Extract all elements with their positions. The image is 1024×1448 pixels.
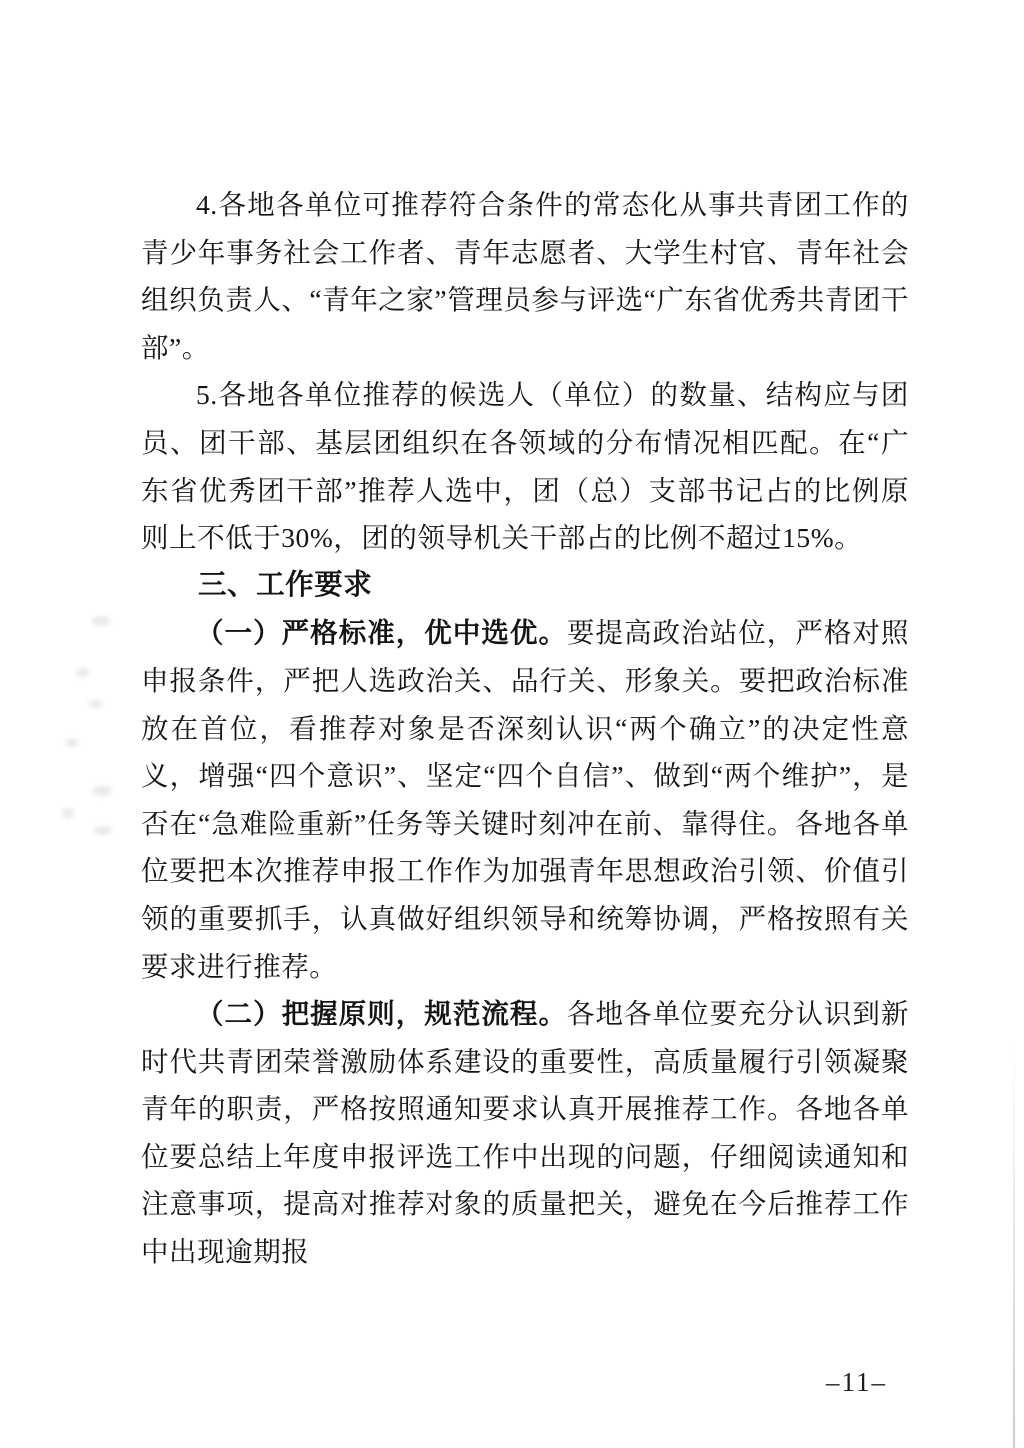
scan-edge-artifact bbox=[1013, 1040, 1015, 1448]
scan-smudge bbox=[92, 786, 112, 796]
paragraph-item-4: 4.各地各单位可推荐符合条件的常态化从事共青团工作的青少年事务社会工作者、青年志… bbox=[141, 181, 909, 371]
scan-smudge bbox=[66, 738, 78, 747]
section-heading-work-requirements: 三、工作要求 bbox=[141, 562, 909, 610]
paragraph-section-1: （一）严格标准，优中选优。要提高政治站位，严格对照申报条件，严把人选政治关、品行… bbox=[141, 609, 909, 990]
scan-smudge bbox=[76, 668, 89, 677]
scan-smudge bbox=[88, 700, 103, 708]
scan-smudge bbox=[92, 616, 110, 626]
document-body: 4.各地各单位可推荐符合条件的常态化从事共青团工作的青少年事务社会工作者、青年志… bbox=[141, 181, 909, 1276]
page-number: –11– bbox=[826, 1367, 887, 1398]
document-page: 4.各地各单位可推荐符合条件的常态化从事共青团工作的青少年事务社会工作者、青年志… bbox=[0, 0, 1024, 1448]
paragraph-section-2-text: 各地各单位要充分认识到新时代共青团荣誉激励体系建设的重要性，高质量履行引领凝聚青… bbox=[141, 998, 909, 1267]
paragraph-section-1-text: 要提高政治站位，严格对照申报条件，严把人选政治关、品行关、形象关。要把政治标准放… bbox=[141, 617, 909, 981]
paragraph-item-5: 5.各地各单位推荐的候选人（单位）的数量、结构应与团员、团干部、基层团组织在各领… bbox=[141, 371, 909, 561]
scan-smudge bbox=[94, 826, 112, 835]
paragraph-section-2: （二）把握原则，规范流程。各地各单位要充分认识到新时代共青团荣誉激励体系建设的重… bbox=[141, 990, 909, 1276]
paragraph-section-2-lead: （二）把握原则，规范流程。 bbox=[196, 998, 567, 1029]
paragraph-section-1-lead: （一）严格标准，优中选优。 bbox=[196, 617, 567, 648]
scan-smudge bbox=[62, 808, 74, 818]
